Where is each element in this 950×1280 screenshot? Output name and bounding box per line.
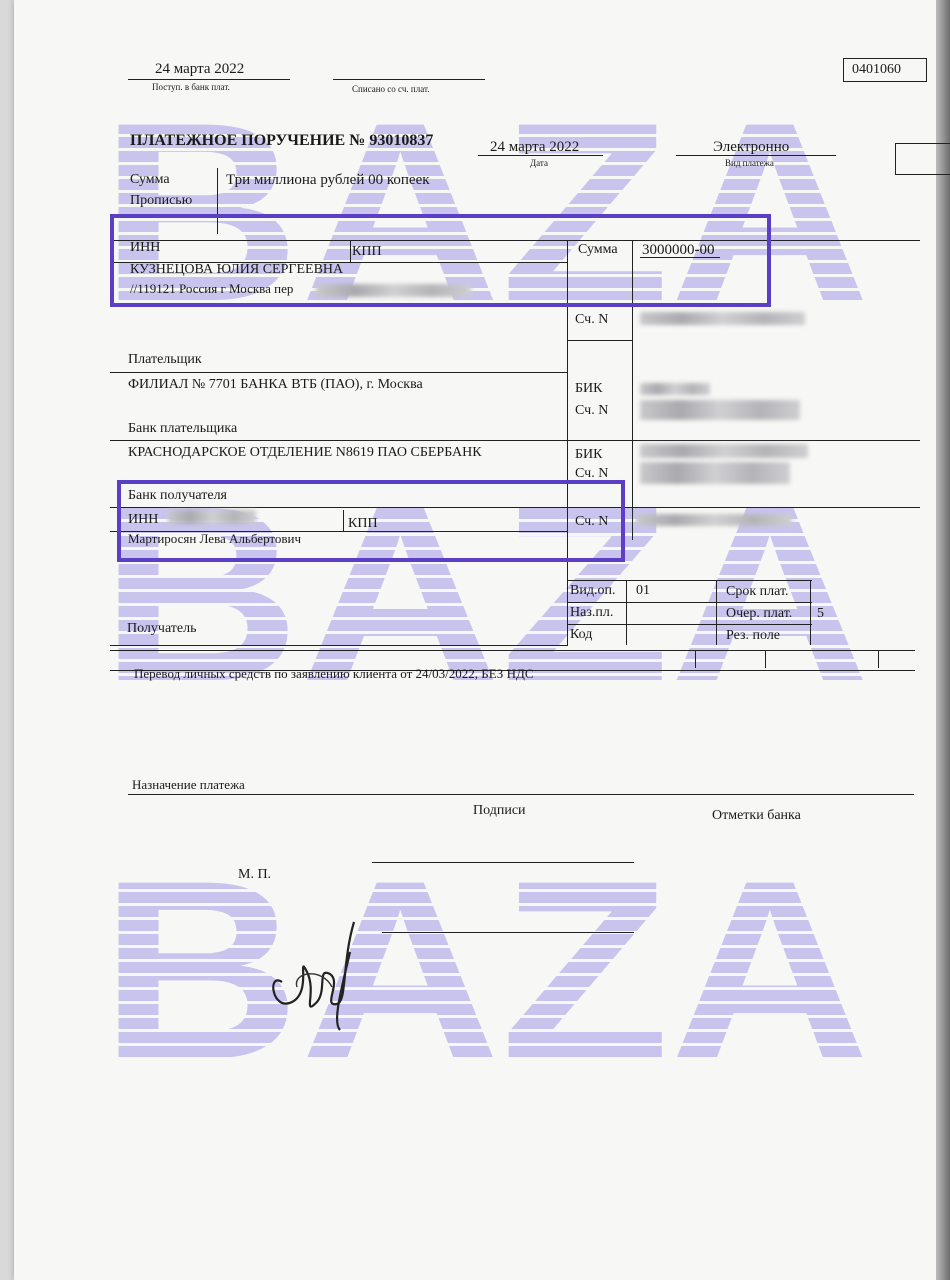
- payer-highlight-box: [110, 214, 771, 307]
- amount-label: Сумма: [130, 172, 170, 188]
- divider: [716, 580, 717, 645]
- redacted-payer-bik: [640, 383, 710, 395]
- divider: [110, 372, 568, 373]
- payer-label: Плательщик: [128, 352, 202, 368]
- amount-in-words: Три миллиона рублей 00 копеек: [226, 172, 430, 188]
- debited-label: Списано со сч. плат.: [352, 84, 429, 94]
- reserve-label: Рез. поле: [726, 628, 780, 644]
- divider: [110, 645, 568, 646]
- payer-bank-label: Банк плательщика: [128, 421, 237, 437]
- recipient-highlight-box: [117, 480, 625, 562]
- divider: [878, 650, 879, 668]
- payer-bik-label: БИК: [575, 381, 603, 397]
- signatures-label: Подписи: [473, 803, 526, 819]
- recipient-bik-label: БИК: [575, 447, 603, 463]
- date-label: Дата: [530, 158, 548, 168]
- divider: [765, 650, 766, 668]
- purpose-code-label: Наз.пл.: [570, 605, 613, 621]
- payment-purpose-text: Перевод личных средств по заявлению клие…: [134, 666, 534, 682]
- divider: [695, 650, 696, 668]
- divider: [333, 79, 485, 80]
- divider: [128, 794, 914, 795]
- op-type-value: 01: [636, 583, 650, 599]
- divider: [810, 580, 811, 645]
- redacted-recipient-bik: [640, 444, 808, 458]
- divider: [128, 79, 290, 80]
- document-title: ПЛАТЕЖНОЕ ПОРУЧЕНИЕ № 93010837: [130, 133, 433, 149]
- divider: [110, 650, 915, 651]
- order-number: 93010837: [369, 132, 433, 149]
- redacted-recipient-account: [636, 514, 792, 526]
- stamp-label: М. П.: [238, 867, 271, 883]
- recipient-bank-name: КРАСНОДАРСКОЕ ОТДЕЛЕНИЕ N8619 ПАО СБЕРБА…: [128, 445, 482, 461]
- signature-line-2: [382, 932, 634, 933]
- received-label: Поступ. в банк плат.: [152, 82, 230, 92]
- pay-term-label: Срок плат.: [726, 584, 789, 600]
- handwritten-signature: [262, 912, 372, 1047]
- payment-type-value: Электронно: [713, 139, 789, 155]
- divider: [567, 580, 812, 581]
- corner-box: [895, 143, 950, 175]
- date-value: 24 марта 2022: [490, 139, 579, 155]
- bank-marks-label: Отметки банка: [712, 808, 801, 824]
- recipient-label: Получатель: [127, 621, 197, 637]
- divider: [567, 602, 812, 603]
- priority-value: 5: [817, 606, 824, 622]
- received-date: 24 марта 2022: [155, 61, 244, 77]
- title-text: ПЛАТЕЖНОЕ ПОРУЧЕНИЕ №: [130, 132, 365, 149]
- amount-label-2: Прописью: [130, 193, 192, 209]
- redacted-payer-bank-account: [640, 400, 800, 420]
- payer-bank-account-label: Сч. N: [575, 403, 608, 419]
- payer-account-label: Сч. N: [575, 312, 608, 328]
- signature-line-1: [372, 862, 634, 863]
- divider: [478, 155, 603, 156]
- redacted-recipient-bank-account: [640, 462, 790, 484]
- divider: [110, 440, 920, 441]
- form-code: 0401060: [852, 62, 901, 78]
- divider: [567, 340, 632, 341]
- divider: [626, 580, 627, 645]
- divider: [676, 155, 836, 156]
- payer-bank-name: ФИЛИАЛ № 7701 БАНКА ВТБ (ПАО), г. Москва: [128, 377, 423, 393]
- code-label: Код: [570, 627, 592, 643]
- document-page: [14, 0, 936, 1280]
- payment-type-label: Вид платежа: [725, 158, 774, 168]
- redacted-payer-account: [640, 312, 805, 325]
- page-edge-shadow: [936, 0, 950, 1280]
- divider: [567, 624, 812, 625]
- priority-label: Очер. плат.: [726, 606, 792, 622]
- op-type-label: Вид.оп.: [570, 583, 615, 599]
- payment-purpose-label: Назначение платежа: [132, 777, 245, 793]
